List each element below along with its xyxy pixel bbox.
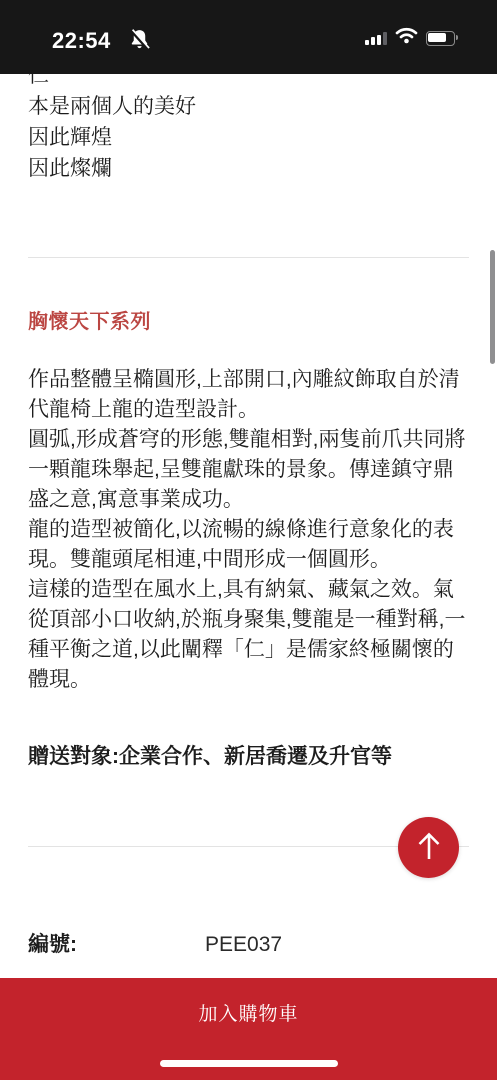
description-paragraph: 龍的造型被簡化,以流暢的線條進行意象化的表現。雙龍頭尾相連,中間形成一個圓形。 — [28, 515, 470, 575]
poem-block: 仁 本是兩個人的美好 因此輝煌 因此燦爛 — [28, 60, 196, 184]
poem-line: 本是兩個人的美好 — [28, 91, 196, 122]
cellular-signal-icon — [365, 32, 387, 45]
gift-target-line: 贈送對象:企業合作、新居喬遷及升官等 — [28, 742, 470, 772]
poem-line: 因此燦爛 — [28, 153, 196, 184]
product-description: 作品整體呈橢圓形,上部開口,內雕紋飾取自於清代龍椅上龍的造型設計。 圓弧,形成蒼… — [28, 365, 470, 695]
battery-icon — [426, 31, 455, 46]
add-to-cart-label: 加入購物車 — [0, 999, 497, 1026]
back-to-top-button[interactable] — [398, 817, 459, 878]
description-paragraph: 這樣的造型在風水上,具有納氣、藏氣之效。氣從頂部小口收納,於瓶身聚集,雙龍是一種… — [28, 575, 470, 695]
wifi-icon — [395, 27, 418, 49]
status-time: 22:54 — [52, 28, 111, 54]
series-heading: 胸懷天下系列 — [28, 305, 151, 334]
bell-slash-icon — [127, 27, 152, 57]
status-bar-right — [365, 30, 455, 46]
product-code-label: 編號: — [28, 931, 77, 959]
product-code-row: 編號: PEE037 — [28, 931, 470, 959]
section-divider — [28, 257, 469, 258]
description-paragraph: 圓弧,形成蒼穹的形態,雙龍相對,兩隻前爪共同將一顆龍珠舉起,呈雙龍獻珠的景象。傳… — [28, 425, 470, 515]
arrow-up-icon — [414, 830, 444, 865]
product-code-value: PEE037 — [205, 931, 282, 959]
home-indicator — [160, 1060, 338, 1067]
status-bar: 22:54 — [0, 0, 497, 74]
scrollbar-thumb[interactable] — [490, 250, 495, 364]
poem-line: 因此輝煌 — [28, 122, 196, 153]
add-to-cart-button[interactable]: 加入購物車 — [0, 978, 497, 1080]
description-paragraph: 作品整體呈橢圓形,上部開口,內雕紋飾取自於清代龍椅上龍的造型設計。 — [28, 365, 470, 425]
phone-screen: 22:54 — [0, 0, 497, 1080]
